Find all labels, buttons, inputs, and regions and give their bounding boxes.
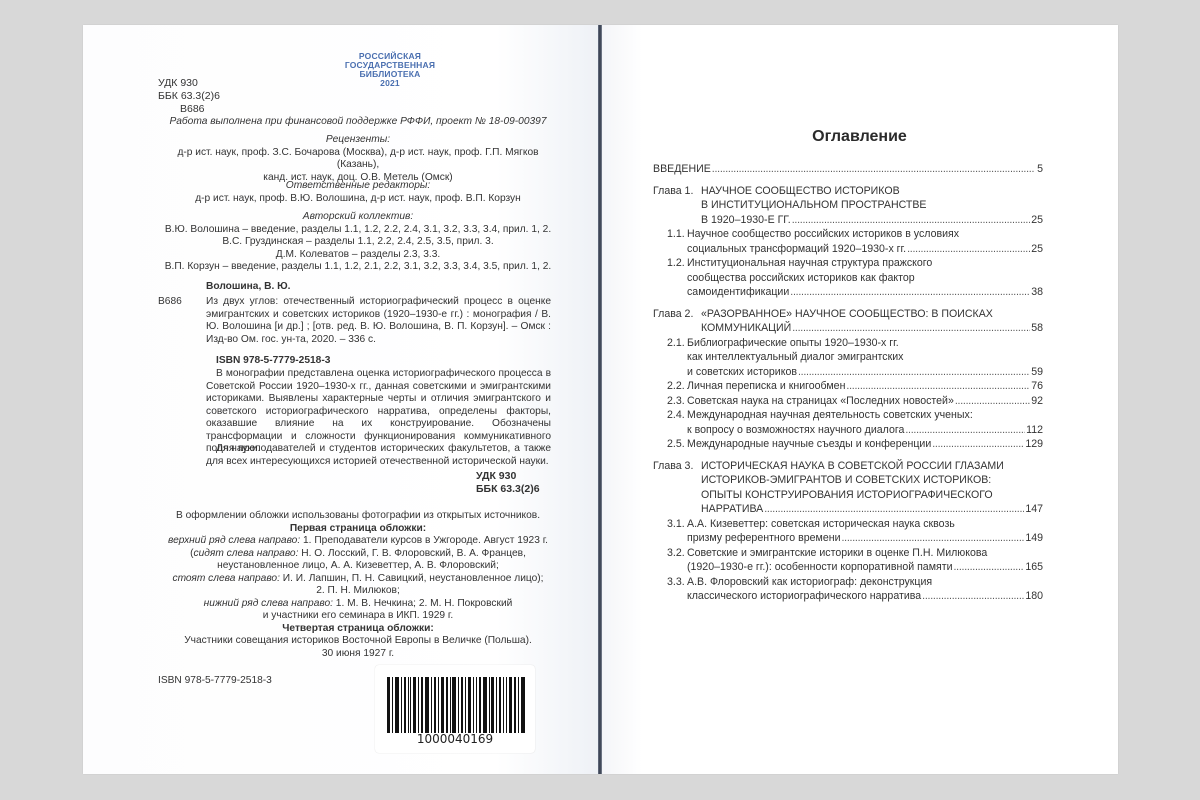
reviewers-block: Рецензенты: д-р ист. наук, проф. З.С. Бо…	[158, 134, 558, 184]
toc-entry: 2.3.Советская наука на страницах «Послед…	[653, 394, 1043, 409]
cover-photo-captions: верхний ряд слева направо: 1. Преподават…	[158, 535, 558, 623]
toc-entry-number: 1.1.	[667, 227, 685, 242]
library-stamp: РОССИЙСКАЯ ГОСУДАРСТВЕННАЯ БИБЛИОТЕКА 20…	[340, 52, 440, 88]
toc-entry: 1.2.Институциональная научная структура …	[653, 256, 1043, 300]
catalog-author: Волошина, В. Ю.	[206, 281, 596, 294]
toc-page-number: 149	[1025, 531, 1043, 546]
toc-page-number: 92	[1031, 394, 1043, 409]
toc-entry-number: 3.2.	[667, 546, 685, 561]
isbn-bold: ISBN 978-5-7779-2518-3	[216, 355, 606, 368]
toc-page-number: 76	[1031, 379, 1043, 394]
toc-page-number: 59	[1031, 365, 1043, 380]
toc-entry-number: Глава 1.	[653, 184, 693, 199]
editors-block: Ответственные редакторы: д-р ист. наук, …	[158, 180, 558, 205]
reviewers-heading: Рецензенты:	[158, 134, 558, 147]
udk-code: УДК 930	[158, 77, 220, 90]
barcode	[387, 677, 525, 733]
toc-entry: Глава 2.«РАЗОРВАННОЕ» НАУЧНОЕ СООБЩЕСТВО…	[653, 307, 1043, 336]
cover-caption-line: 2. П. Н. Милюков;	[158, 585, 558, 598]
toc-page-number: 25	[1031, 213, 1043, 228]
toc-entry-number: Глава 2.	[653, 307, 693, 322]
toc-entry-number: 2.2.	[667, 379, 685, 394]
cover-caption-line: неустановленное лицо, А. А. Кизеветтер, …	[158, 560, 558, 573]
authors-block: Авторский коллектив: В.Ю. Волошина – вве…	[158, 211, 558, 274]
toc-entry-number: 2.5.	[667, 437, 685, 452]
barcode-number: 1000040169	[375, 732, 535, 746]
catalog-description: Из двух углов: отечественный историограф…	[206, 296, 551, 346]
toc-page-number: 58	[1031, 321, 1043, 336]
cover-caption-line: (сидят слева направо: Н. О. Лосский, Г. …	[158, 548, 558, 561]
toc-entry-number: 1.2.	[667, 256, 685, 271]
toc-entry: Глава 1.НАУЧНОЕ СООБЩЕСТВО ИСТОРИКОВВ ИН…	[653, 184, 1043, 228]
toc-entry: 3.2.Советские и эмигрантские историки в …	[653, 546, 1043, 575]
toc-entry-number: 2.3.	[667, 394, 685, 409]
toc-entry: 3.3.А.В. Флоровский как историограф: дек…	[653, 575, 1043, 604]
toc-entry: Глава 3.ИСТОРИЧЕСКАЯ НАУКА В СОВЕТСКОЙ Р…	[653, 459, 1043, 517]
cover-caption-line: и участники его семинара в ИКП. 1929 г.	[158, 610, 558, 623]
toc-entry-number: 2.1.	[667, 336, 685, 351]
toc-page-number: 5	[1037, 162, 1043, 177]
classification-block: УДК 930 ББК 63.3(2)6 В686	[158, 77, 220, 116]
toc-entry-number: 3.3.	[667, 575, 685, 590]
toc-entry-number: Глава 3.	[653, 459, 693, 474]
table-of-contents: ВВЕДЕНИЕ5Глава 1.НАУЧНОЕ СООБЩЕСТВО ИСТО…	[653, 162, 1043, 604]
author-code: В686	[158, 103, 220, 116]
audience-note: Для преподавателей и студентов историчес…	[206, 443, 551, 468]
toc-entry: 1.1.Научное сообщество российских истори…	[653, 227, 1043, 256]
toc-entry: 3.1.А.А. Кизеветтер: советская историчес…	[653, 517, 1043, 546]
toc-entry: 2.2.Личная переписка и книгообмен76	[653, 379, 1043, 394]
editors-heading: Ответственные редакторы:	[158, 180, 558, 193]
bbk-code: ББК 63.3(2)6	[158, 90, 220, 103]
cover-caption-line: верхний ряд слева направо: 1. Преподават…	[158, 535, 558, 548]
toc-page-number: 147	[1025, 502, 1043, 517]
cover-caption-line: стоят слева направо: И. И. Лапшин, П. Н.…	[158, 573, 558, 586]
authors-heading: Авторский коллектив:	[158, 211, 558, 224]
barcode-sticker: 1000040169	[375, 665, 535, 753]
toc-entry: 2.4.Международная научная деятельность с…	[653, 408, 1043, 437]
toc-page-number: 112	[1026, 423, 1043, 438]
toc-page-number: 129	[1025, 437, 1043, 452]
toc-entry: 2.5.Международные научные съезды и конфе…	[653, 437, 1043, 452]
cover-caption-line: нижний ряд слева направо: 1. М. В. Нечки…	[158, 598, 558, 611]
toc-entry: 2.1.Библиографические опыты 1920–1930-х …	[653, 336, 1043, 380]
toc-title: Оглавление	[601, 128, 1118, 146]
toc-page-number: 165	[1025, 560, 1043, 575]
toc-entry-number: 2.4.	[667, 408, 685, 423]
toc-page-number: 180	[1025, 589, 1043, 604]
funding-note: Работа выполнена при финансовой поддержк…	[158, 116, 558, 129]
toc-page-number: 25	[1031, 242, 1043, 257]
toc-page-number: 38	[1031, 285, 1043, 300]
cover-notes: В оформлении обложки использованы фотогр…	[158, 510, 558, 660]
toc-entry-number: 3.1.	[667, 517, 685, 532]
toc-entry: ВВЕДЕНИЕ5	[653, 162, 1043, 177]
